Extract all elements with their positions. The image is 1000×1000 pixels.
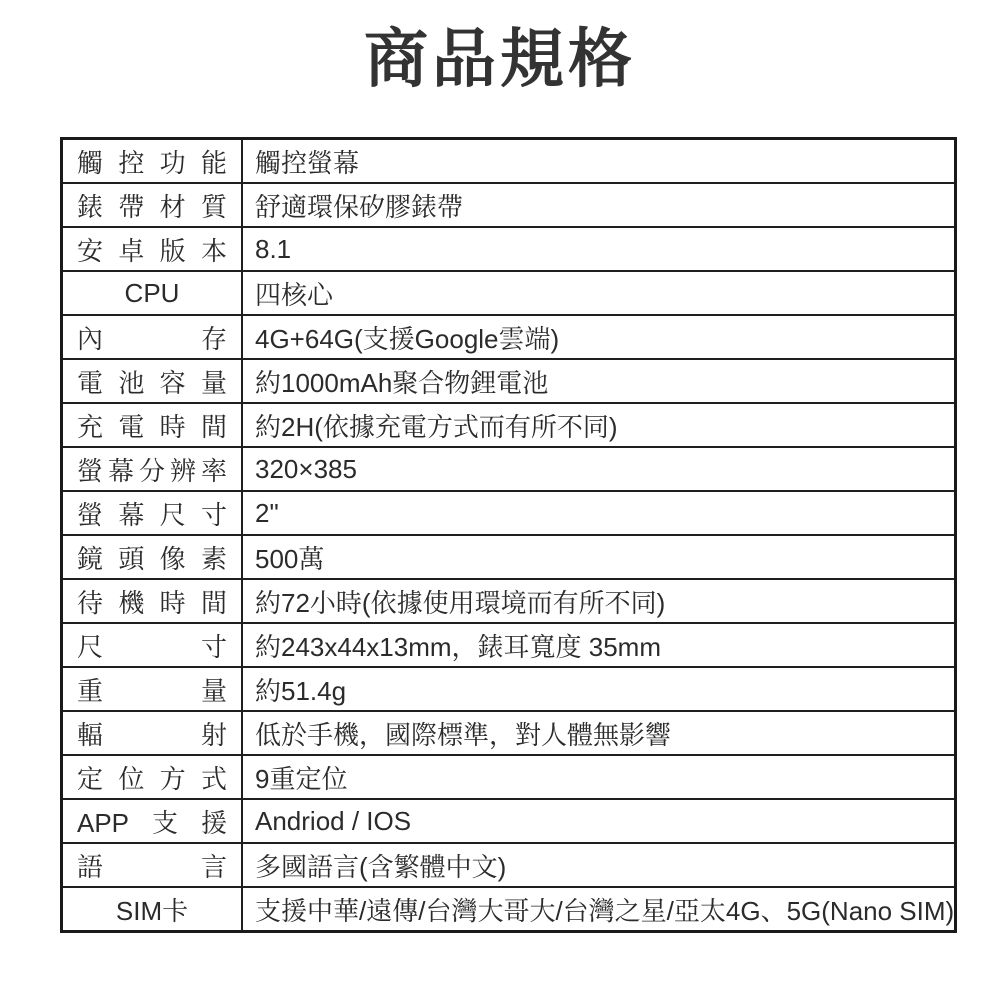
spec-value: 8.1: [242, 227, 956, 271]
spec-row: CPU四核心: [62, 271, 956, 315]
spec-value: 約243x44x13mm，錶耳寬度 35mm: [242, 623, 956, 667]
spec-label: 螢幕分辨率: [62, 447, 243, 491]
spec-row: 定位方式9重定位: [62, 755, 956, 799]
spec-value: 320×385: [242, 447, 956, 491]
spec-value: 多國語言(含繁體中文): [242, 843, 956, 887]
spec-value: 9重定位: [242, 755, 956, 799]
spec-value: 四核心: [242, 271, 956, 315]
spec-value: 500萬: [242, 535, 956, 579]
spec-row: 螢幕分辨率320×385: [62, 447, 956, 491]
spec-label: 輻射: [62, 711, 243, 755]
spec-row: 語言多國語言(含繁體中文): [62, 843, 956, 887]
spec-label: 觸控功能: [62, 139, 243, 184]
spec-value: 約72小時(依據使用環境而有所不同): [242, 579, 956, 623]
spec-label: 充電時間: [62, 403, 243, 447]
spec-value: 舒適環保矽膠錶帶: [242, 183, 956, 227]
spec-label: CPU: [62, 271, 243, 315]
page-title: 商品規格: [0, 0, 1000, 94]
spec-value: 低於手機，國際標準，對人體無影響: [242, 711, 956, 755]
spec-row: 安卓版本8.1: [62, 227, 956, 271]
spec-row: 觸控功能觸控螢幕: [62, 139, 956, 184]
spec-label: 錶帶材質: [62, 183, 243, 227]
spec-value: 觸控螢幕: [242, 139, 956, 184]
spec-row: 重量約51.4g: [62, 667, 956, 711]
spec-table-body: 觸控功能觸控螢幕錶帶材質舒適環保矽膠錶帶安卓版本8.1CPU四核心內存4G+64…: [62, 139, 956, 932]
spec-row: 待機時間約72小時(依據使用環境而有所不同): [62, 579, 956, 623]
spec-value: Andriod / IOS: [242, 799, 956, 843]
spec-row: 尺寸約243x44x13mm，錶耳寬度 35mm: [62, 623, 956, 667]
spec-row: 輻射低於手機，國際標準，對人體無影響: [62, 711, 956, 755]
spec-table: 觸控功能觸控螢幕錶帶材質舒適環保矽膠錶帶安卓版本8.1CPU四核心內存4G+64…: [60, 137, 957, 933]
spec-label: 語言: [62, 843, 243, 887]
spec-label: 尺寸: [62, 623, 243, 667]
spec-row: 電池容量約1000mAh聚合物鋰電池: [62, 359, 956, 403]
spec-value: 約1000mAh聚合物鋰電池: [242, 359, 956, 403]
spec-value: 約2H(依據充電方式而有所不同): [242, 403, 956, 447]
spec-value: 2": [242, 491, 956, 535]
spec-label: 電池容量: [62, 359, 243, 403]
spec-label: 鏡頭像素: [62, 535, 243, 579]
spec-row: 螢幕尺寸2": [62, 491, 956, 535]
spec-label: SIM卡: [62, 887, 243, 932]
spec-row: 內存4G+64G(支援Google雲端): [62, 315, 956, 359]
spec-label: 內存: [62, 315, 243, 359]
spec-label: 螢幕尺寸: [62, 491, 243, 535]
product-spec-page: 商品規格 觸控功能觸控螢幕錶帶材質舒適環保矽膠錶帶安卓版本8.1CPU四核心內存…: [0, 0, 1000, 1000]
spec-row: 鏡頭像素500萬: [62, 535, 956, 579]
spec-value: 支援中華/遠傳/台灣大哥大/台灣之星/亞太4G、5G(Nano SIM): [242, 887, 956, 932]
spec-row: SIM卡支援中華/遠傳/台灣大哥大/台灣之星/亞太4G、5G(Nano SIM): [62, 887, 956, 932]
spec-row: APP支援Andriod / IOS: [62, 799, 956, 843]
spec-label: 定位方式: [62, 755, 243, 799]
spec-row: 充電時間約2H(依據充電方式而有所不同): [62, 403, 956, 447]
spec-value: 4G+64G(支援Google雲端): [242, 315, 956, 359]
spec-label: 待機時間: [62, 579, 243, 623]
spec-label: APP支援: [62, 799, 243, 843]
spec-value: 約51.4g: [242, 667, 956, 711]
spec-label: 安卓版本: [62, 227, 243, 271]
spec-label: 重量: [62, 667, 243, 711]
spec-row: 錶帶材質舒適環保矽膠錶帶: [62, 183, 956, 227]
